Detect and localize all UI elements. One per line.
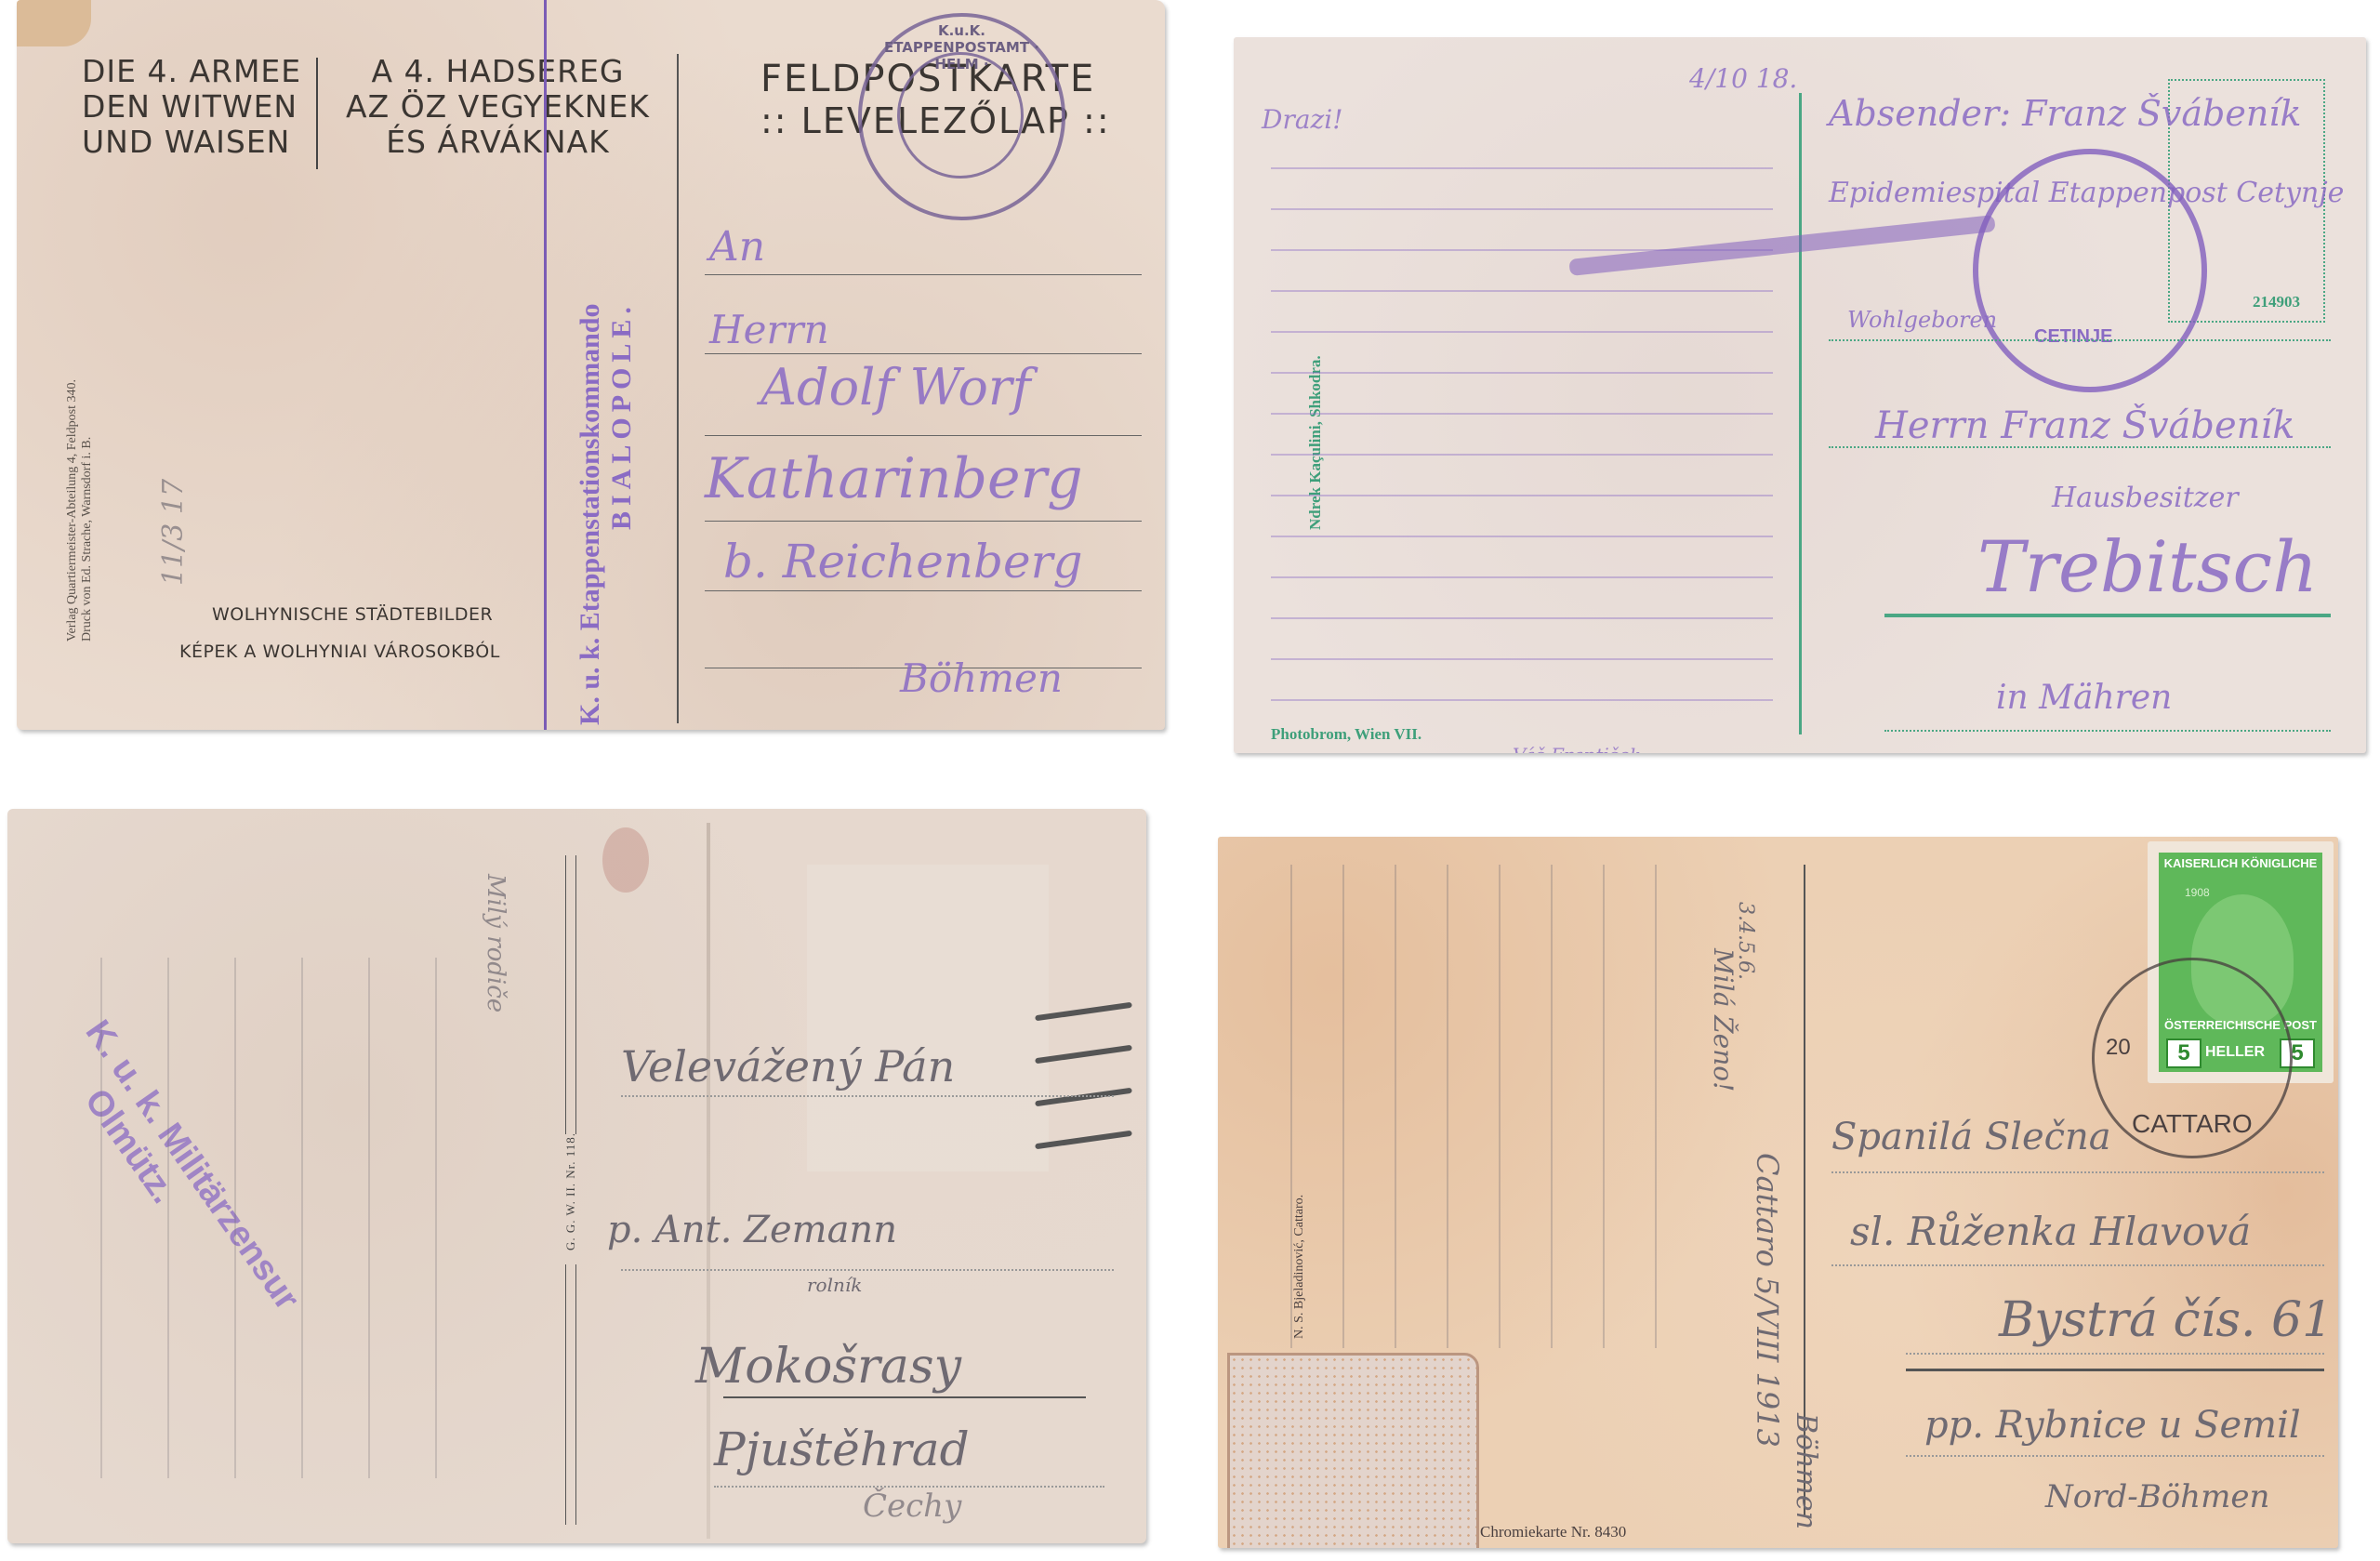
address-line-1 xyxy=(621,1095,1114,1097)
stain xyxy=(602,827,649,893)
postmark-cattaro: 20 CATTARO xyxy=(2092,958,2293,1158)
address-district: Pjuštěhrad xyxy=(714,1422,970,1476)
address-line-3 xyxy=(1906,1353,2324,1355)
sender-line: Absender: Franz Švábeník xyxy=(1829,93,2301,134)
printer-imprint: Photobrom, Wien VII. xyxy=(1271,725,1421,744)
violet-rule xyxy=(544,0,547,730)
address-name: p. Ant. Zemann xyxy=(607,1209,897,1251)
address-occupation: rolník xyxy=(807,1274,862,1296)
postcard-olmutz-censor: G. G. W. II. Nr. 118. K. u. k. Militärze… xyxy=(7,809,1146,1543)
address-salutation: Spanilá Slečna xyxy=(1831,1116,2111,1158)
postmark-cetinje: CETINJE xyxy=(1973,149,2207,392)
address-line-4 xyxy=(1884,730,2331,732)
address-town: Bystrá čís. 61 xyxy=(1999,1292,2333,1348)
address-line-2 xyxy=(1831,1264,2324,1266)
header-hu-line-2: AZ ÖZ VEGYEKNEK xyxy=(324,89,672,125)
address-name: Herrn Franz Švábeník xyxy=(1875,404,2294,447)
message-opening: Drazi! xyxy=(1262,104,1343,135)
header-hu-line-1: A 4. HADSEREG xyxy=(324,54,672,89)
message-date: 4/10 18. xyxy=(1689,63,1797,94)
address-salutation: Velevážený Pán xyxy=(621,1041,955,1091)
stamp-box-number: 214903 xyxy=(2253,293,2300,311)
message-handwriting-lines xyxy=(54,958,472,1478)
header-divider xyxy=(316,58,318,169)
removed-stamp-area xyxy=(807,865,1049,1171)
address-line-5 xyxy=(1906,1455,2324,1457)
address-line-3 xyxy=(1884,614,2331,617)
address-line-2 xyxy=(621,1269,1114,1271)
address-line-3 xyxy=(705,435,1142,436)
address-line-1 xyxy=(1829,339,2331,341)
address-town: Katharinberg xyxy=(705,446,1083,511)
series-number: Chromiekarte Nr. 8430 xyxy=(1480,1523,1626,1541)
header-de-line-3: UND WAISEN xyxy=(82,125,301,160)
address-line-1 xyxy=(705,274,1142,275)
header-de-line-1: DIE 4. ARMEE xyxy=(82,54,301,89)
address-region: in Mähren xyxy=(1996,679,2172,717)
header-de-line-2: DEN WITWEN xyxy=(82,89,301,125)
address-line-4 xyxy=(1906,1369,2324,1371)
address-salutation: An xyxy=(709,223,765,271)
caption-german: WOLHYNISCHE STÄDTEBILDER xyxy=(212,604,493,625)
center-divider xyxy=(677,54,679,723)
address-town: Trebitsch xyxy=(1977,525,2318,608)
postcard-feldpostkarte-bialopole: DIE 4. ARMEE DEN WITWEN UND WAISEN A 4. … xyxy=(17,0,1165,730)
address-line-1 xyxy=(1831,1171,2324,1173)
address-name: Adolf Worf xyxy=(760,358,1031,417)
header-hu-line-3: ÉS ÁRVÁKNAK xyxy=(324,125,672,160)
address-occupation: Hausbesitzer xyxy=(2052,482,2239,514)
signature: Váš František xyxy=(1513,744,1641,753)
caption-hungarian: KÉPEK A WOLHYNIAI VÁROSOKBÓL xyxy=(179,642,500,662)
divider-rule-bottom xyxy=(565,1264,576,1525)
address-post: pp. Rybnice u Semil xyxy=(1924,1404,2301,1447)
torn-photo-patch xyxy=(1227,1353,1479,1548)
green-divider xyxy=(1799,93,1802,734)
address-honorific: Wohlgeboren xyxy=(1847,307,1997,333)
address-title: Herrn xyxy=(709,307,829,352)
header-hungarian: A 4. HADSEREG AZ ÖZ VEGYEKNEK ÉS ÁRVÁKNA… xyxy=(324,54,672,160)
address-country: Čechy xyxy=(863,1488,961,1525)
divider-rule-top xyxy=(565,855,576,1134)
address-line-3 xyxy=(723,1396,1086,1398)
postmark-helm: K.u.K. ETAPPENPOSTAMT · HELM · xyxy=(858,13,1065,220)
address-town: Mokošrasy xyxy=(695,1339,961,1395)
address-district: b. Reichenberg xyxy=(723,535,1083,589)
address-line-2 xyxy=(705,353,1142,354)
message-handwriting xyxy=(1271,139,1773,716)
postcard-cetinje-trebitsch: 214903 Ndrek Kaçulini, Shkodra. Photobro… xyxy=(1234,37,2366,753)
torn-corner xyxy=(17,0,91,46)
address-line-5 xyxy=(705,590,1142,591)
header-german: DIE 4. ARMEE DEN WITWEN UND WAISEN xyxy=(82,54,301,160)
postcard-cattaro: KAISERLICH KÖNIGLICHE ÖSTERREICHISCHE PO… xyxy=(1218,837,2338,1548)
address-line-4 xyxy=(705,521,1142,522)
address-country: Böhmen xyxy=(900,655,1063,701)
address-region: Nord-Böhmen xyxy=(2045,1478,2269,1515)
cancellation-wavy-lines xyxy=(1035,999,1132,1241)
address-name: sl. Růženka Hlavová xyxy=(1850,1209,2251,1254)
message-handwriting xyxy=(1255,865,1692,1348)
paper-tear xyxy=(707,823,710,1539)
